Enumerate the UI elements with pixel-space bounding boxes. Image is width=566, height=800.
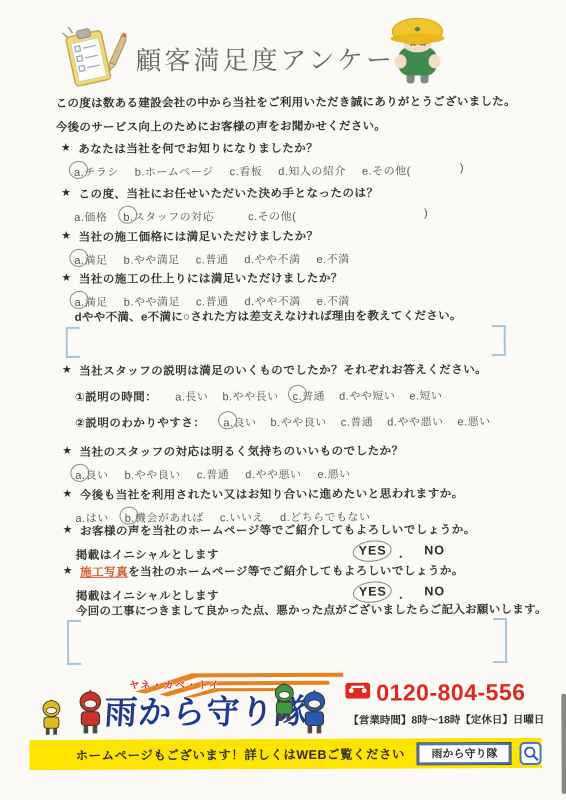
intro-line-2: 今後のサービス向上のためにお客様の声をお聞かせください。: [56, 120, 386, 133]
q6-option-b: b.やや良い: [124, 466, 180, 482]
business-hours: 【営業時間】8時〜18時【定休日】日曜日: [348, 712, 544, 728]
q5-sub1-option-d: d.やや短い: [339, 388, 395, 404]
q6-option-a: a.良い: [75, 467, 108, 483]
q9-title-rest: を当社のホームページ等でご紹介してもよろしいでしょうか。: [128, 565, 464, 578]
question-4-title: 当社の施工の仕上りには満足いただけましたか？: [79, 270, 343, 287]
q4-option-a: a.満足: [75, 294, 108, 310]
pencil-icon: [107, 32, 127, 71]
q2-option-b: b.スタッフの対応: [123, 208, 214, 224]
question-2-title: この度、当社にお任せいただいた決め手となったのは？: [78, 185, 378, 202]
phone-number: 0120-804-556: [376, 679, 525, 707]
q3-option-e: e.不満: [316, 251, 349, 267]
search-button: [520, 741, 542, 764]
q5-sub2-option-a: a.良い: [223, 414, 256, 430]
q4-option-c: c.普通: [196, 293, 229, 309]
question-6-title: 当社のスタッフの対応は明るく気持ちのいいものでしたか？: [80, 442, 404, 459]
star-icon: ★: [61, 229, 71, 245]
worker-mascot-icon: [384, 17, 448, 92]
q6-option-d: d.やや悪い: [245, 466, 301, 482]
intro-text: この度は数ある建設会社の中から当社をご利用いただき誠にありがとうございました。 …: [56, 91, 526, 140]
footer: ヤネ・カベ・トイ 雨から守り隊: [1, 670, 566, 738]
star-icon: ★: [63, 523, 73, 539]
search-box-value: 雨から守り隊: [431, 745, 497, 761]
q6-option-c: c.普通: [197, 466, 230, 482]
q9-answer-yes: YES: [359, 585, 387, 603]
q9-photo-highlight: 施工写真: [80, 567, 128, 579]
search-icon: [522, 744, 539, 761]
q2-option-a: a.価格: [74, 209, 107, 225]
question-9: ★施工写真を当社のホームページ等でご紹介してもよろしいでしょうか。 掲載はイニシ…: [63, 562, 513, 604]
q3-option-b: b.やや満足: [124, 251, 180, 267]
q5-sub2-option-b: b.やや良い: [270, 414, 326, 430]
q9-answer-no: NO: [424, 584, 445, 602]
reason-note: dやや不満、e不満に○された方は差支えなければ理由を教えてください。: [62, 307, 512, 325]
web-banner: ホームページもございます！詳しくはWEBご覧ください 雨から守り隊: [29, 738, 541, 770]
survey-page: 顧客満足度アンケート この度は数ある建設会社の中から当社をご利用いただき誠にあり…: [0, 0, 566, 800]
question-5: ★当社スタッフの説明は満足のいくものでしたか？それぞれお答えください。 ①説明の…: [62, 361, 512, 431]
question-3-title: 当社の施工価格には満足いただけましたか？: [79, 228, 319, 245]
q8-initials-note: 掲載はイニシャルとします: [76, 549, 219, 562]
q3-option-d: d.やや不満: [244, 251, 300, 267]
reason-note-text: dやや不満、e不満に○された方は差支えなければ理由を教えてください。: [75, 307, 512, 325]
star-icon: ★: [62, 487, 72, 503]
comment-input-box: [67, 618, 507, 665]
q5-sub1-label: ①説明の時間：: [75, 389, 157, 405]
search-box: 雨から守り隊: [418, 743, 511, 764]
question-9-title: 施工写真を当社のホームページ等でご紹介してもよろしいでしょうか。: [80, 562, 464, 580]
q4-option-b: b.やや満足: [124, 293, 180, 309]
q5-sub2-option-c: c.普通: [341, 414, 374, 430]
q5-sub2-option-e: e.悪い: [457, 413, 490, 429]
q3-option-a: a.満足: [74, 252, 107, 268]
q2-paren-close: ): [424, 207, 428, 223]
q8-answer-yes: YES: [359, 544, 387, 562]
q4-option-e: e.不満: [317, 293, 350, 309]
question-1-title: あなたは当社を何でお知りになりましたか？: [78, 140, 318, 157]
q1-option-b: b.ホームページ: [135, 163, 214, 179]
q8-answer-separator: ．: [399, 543, 413, 561]
question-3: ★当社の施工価格には満足いただけましたか？ a.満足 b.やや満足 c.普通 d…: [61, 227, 511, 268]
final-note-text: 今回の工事につきまして良かった点、悪かった点がございましたらご記入お願いします。: [76, 601, 513, 619]
scan-artifact: [561, 694, 566, 794]
scanned-content: 顧客満足度アンケート この度は数ある建設会社の中から当社をご利用いただき誠にあり…: [0, 0, 566, 800]
q2-option-c: c.その他(: [248, 208, 296, 224]
clipboard-pencil-icon: [58, 21, 126, 96]
star-icon: ★: [61, 271, 71, 287]
q4-option-d: d.やや不満: [244, 293, 300, 309]
mascot-yellow-ranger-icon: [37, 698, 65, 741]
star-icon: ★: [62, 363, 72, 379]
intro-line-1: この度は数ある建設会社の中から当社をご利用いただき誠にありがとうございました。: [56, 96, 516, 110]
star-icon: ★: [63, 564, 73, 580]
star-icon: ★: [62, 444, 72, 460]
q5-sub1-option-a: a.長い: [175, 388, 208, 404]
phone-icon: [345, 683, 370, 704]
mascot-green-ranger-icon: [269, 681, 299, 728]
page-title: 顧客満足度アンケート: [135, 39, 424, 77]
mascot-blue-ranger-icon: [297, 689, 331, 740]
q1-paren-close: ): [460, 162, 464, 178]
banner-text: ホームページもございます！詳しくはWEBご覧ください: [76, 744, 405, 763]
q1-option-c: c.看板: [230, 163, 263, 179]
q5-sub1-option-c: c.普通: [293, 388, 326, 404]
q5-sub1-option-b: b.やや長い: [222, 388, 278, 404]
question-8: ★お客様の声を当社のホームページ等でご紹介してもよろしいでしょうか。 掲載はイニ…: [63, 521, 513, 563]
question-5-title: 当社スタッフの説明は満足のいくものでしたか？それぞれお答えください。: [79, 361, 487, 379]
q5-sub1-option-e: e.短い: [409, 387, 442, 403]
q5-sub2-option-d: d.やや悪い: [387, 413, 443, 429]
q9-initials-note: 掲載はイニシャルとします: [76, 590, 219, 603]
question-6: ★当社のスタッフの対応は明るく気持ちのいいものでしたか？ a.良い b.やや良い…: [62, 442, 512, 483]
q9-answer-separator: ．: [399, 584, 413, 602]
q5-sub2-label: ②説明のわかりやすさ：: [75, 414, 205, 431]
star-icon: ★: [61, 141, 71, 157]
q6-option-e: e.悪い: [317, 466, 350, 482]
q1-option-d: d.知人の紹介: [278, 163, 346, 179]
question-7-title: 今後も当社を利用されたい又はお知り合いに進めたいと思われますか。: [80, 485, 464, 503]
q1-option-e: e.その他(: [362, 162, 411, 178]
question-7: ★今後も当社を利用されたい又はお知り合いに進めたいと思われますか。 a.はい b…: [62, 485, 512, 526]
q8-answer-no: NO: [424, 543, 445, 561]
final-note: 今回の工事につきまして良かった点、悪かった点がございましたらご記入お願いします。: [63, 601, 513, 619]
question-4: ★当社の施工の仕上りには満足いただけましたか？ a.満足 b.やや満足 c.普通…: [61, 269, 511, 310]
header: 顧客満足度アンケート: [0, 19, 565, 97]
q3-option-c: c.普通: [196, 251, 229, 267]
question-1: ★あなたは当社を何でお知りになりましたか？ a.チラシ b.ホームページ c.看…: [61, 139, 511, 180]
reason-input-box: [66, 325, 506, 358]
star-icon: ★: [61, 186, 71, 202]
q1-option-a: a.チラシ: [74, 164, 119, 180]
question-2: ★この度、当社にお任せいただいた決め手となったのは？ a.価格 b.スタッフの対…: [61, 184, 511, 225]
question-8-title: お客様の声を当社のホームページ等でご紹介してもよろしいでしょうか。: [80, 521, 476, 539]
